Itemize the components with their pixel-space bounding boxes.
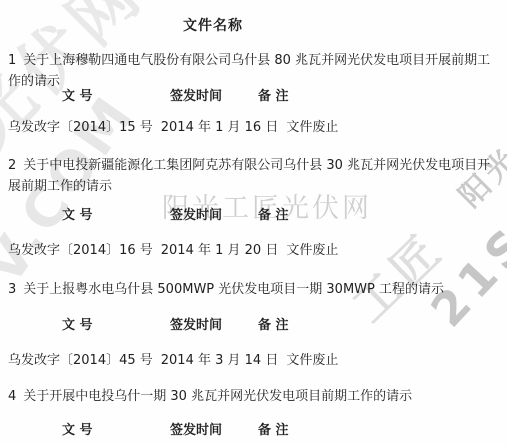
entry-name-text: 关于中电投新疆能源化工集团阿克苏有限公司乌什县 30 兆瓦并网光伏发电项目开展前… <box>8 158 490 194</box>
page-title: 文件名称 <box>183 15 243 35</box>
document-page: 光伏网 V.COM 阳光工匠光伏网 阳光工匠 工匠 21SPV 文件名称 1关于… <box>0 0 507 445</box>
sign-date: 2014 年 1 月 16 日 <box>161 120 279 135</box>
remark: 文件废止 <box>286 243 338 258</box>
column-remark: 备 注 <box>258 424 289 438</box>
column-sign-date: 签发时间 <box>170 319 222 333</box>
entry-name-text: 关于开展中电投乌什一期 30 兆瓦并网光伏发电项目前期工作的请示 <box>23 389 412 404</box>
column-remark: 备 注 <box>258 90 289 104</box>
column-remark: 备 注 <box>258 209 289 223</box>
column-sign-date: 签发时间 <box>170 424 222 438</box>
column-remark: 备 注 <box>258 319 289 333</box>
table-row: 乌发改字〔2014〕16 号2014 年 1 月 20 日文件废止 <box>8 243 500 259</box>
column-doc-number: 文 号 <box>62 90 93 104</box>
file-entry-title: 3关于上报粤水电乌什县 500MWP 光伏发电项目一期 30MWP 工程的请示 <box>8 279 500 300</box>
remark: 文件废止 <box>286 120 338 135</box>
file-entry-title: 4关于开展中电投乌什一期 30 兆瓦并网光伏发电项目前期工作的请示 <box>8 386 500 407</box>
doc-number: 乌发改字〔2014〕45 号 <box>8 353 153 368</box>
table-row: 乌发改字〔2014〕15 号2014 年 1 月 16 日文件废止 <box>8 120 500 136</box>
column-doc-number: 文 号 <box>62 319 93 333</box>
entry-name-text: 关于上海穆勒四通电气股份有限公司乌什县 80 兆瓦并网光伏发电项目开展前期工作的… <box>8 53 490 89</box>
column-doc-number: 文 号 <box>62 424 93 438</box>
sign-date: 2014 年 3 月 14 日 <box>161 353 279 368</box>
table-row: 乌发改字〔2014〕45 号2014 年 3 月 14 日文件废止 <box>8 353 500 369</box>
entry-index: 3 <box>8 282 16 297</box>
column-sign-date: 签发时间 <box>170 209 222 223</box>
file-entry-title: 1关于上海穆勒四通电气股份有限公司乌什县 80 兆瓦并网光伏发电项目开展前期工作… <box>8 50 500 92</box>
entry-index: 2 <box>8 158 16 173</box>
entry-index: 1 <box>8 53 16 68</box>
doc-number: 乌发改字〔2014〕15 号 <box>8 120 153 135</box>
remark: 文件废止 <box>286 353 338 368</box>
column-doc-number: 文 号 <box>62 209 93 223</box>
entry-name-text: 关于上报粤水电乌什县 500MWP 光伏发电项目一期 30MWP 工程的请示 <box>23 282 444 297</box>
entry-index: 4 <box>8 389 16 404</box>
column-sign-date: 签发时间 <box>170 90 222 104</box>
sign-date: 2014 年 1 月 20 日 <box>161 243 279 258</box>
file-entry-title: 2关于中电投新疆能源化工集团阿克苏有限公司乌什县 30 兆瓦并网光伏发电项目开展… <box>8 155 500 197</box>
doc-number: 乌发改字〔2014〕16 号 <box>8 243 153 258</box>
